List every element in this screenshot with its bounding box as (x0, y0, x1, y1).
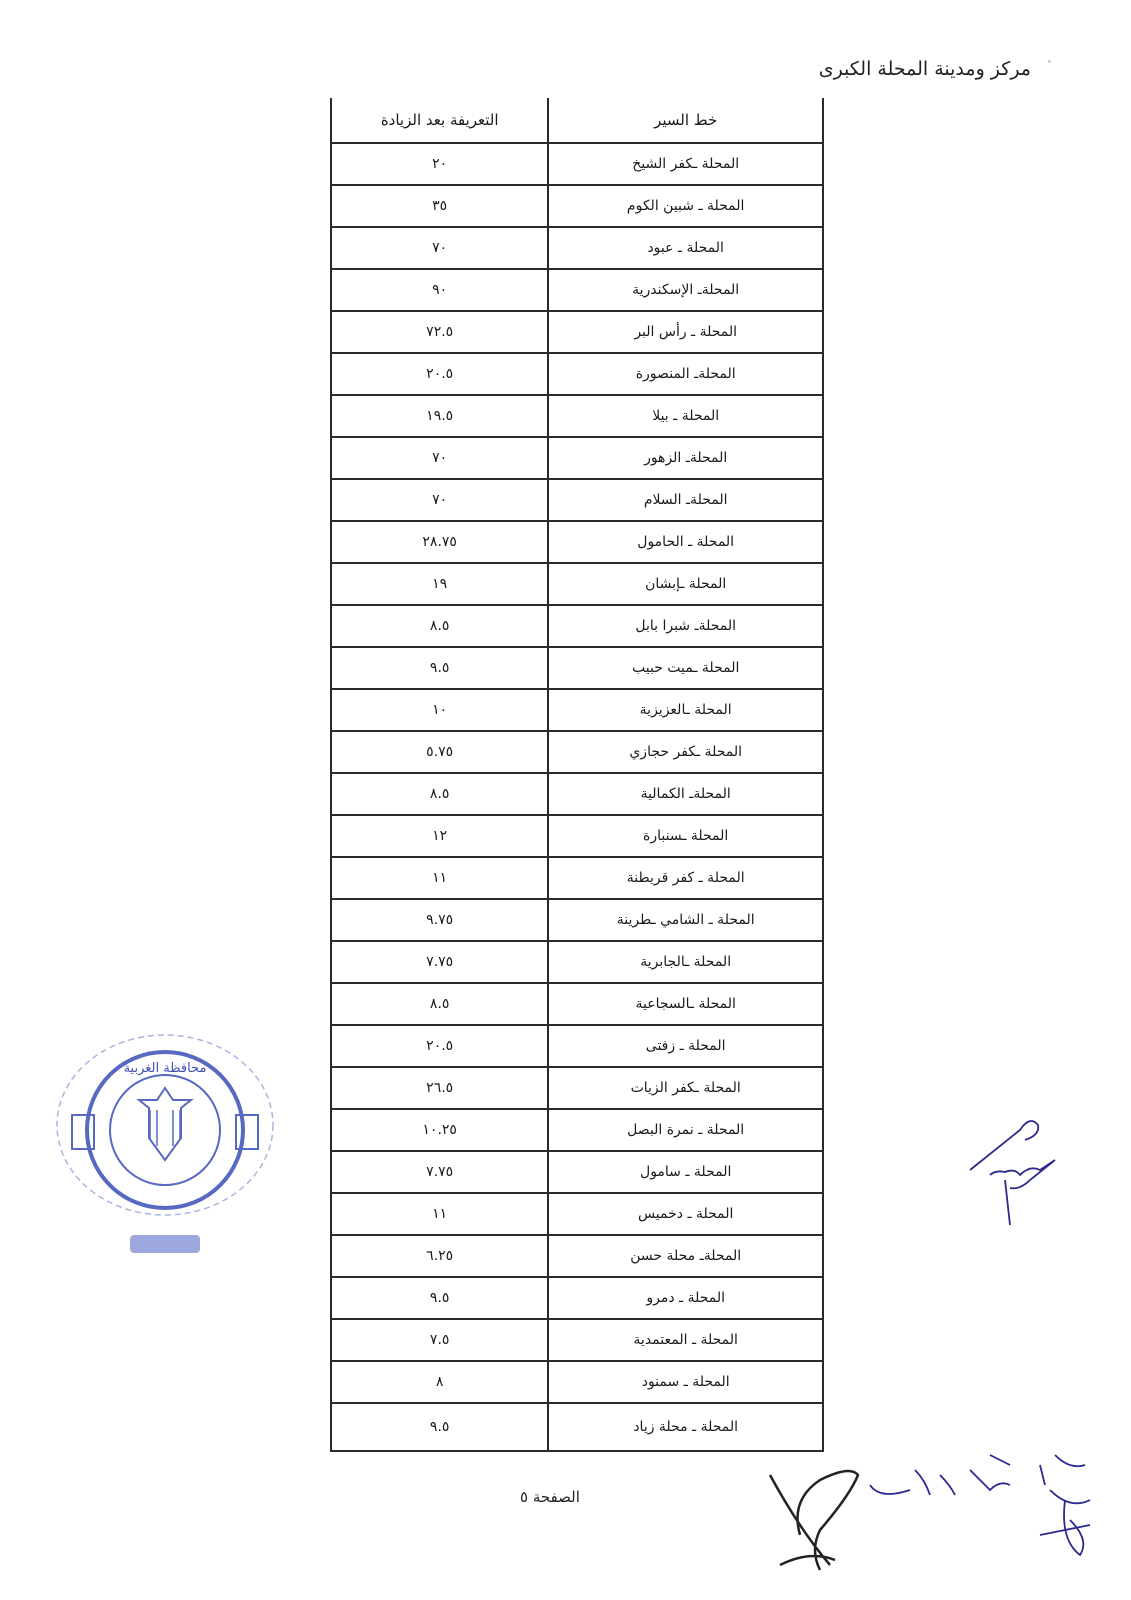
route-cell: المحلة ـسنبارة (548, 815, 823, 857)
table-row: المحلة ـالعزيزية١٠ (331, 689, 823, 731)
table-row: المحلةـ الكمالية٨.٥ (331, 773, 823, 815)
column-header-route: خط السير (548, 98, 823, 143)
fare-cell: ٢٠.٥ (331, 353, 548, 395)
fare-cell: ٨ (331, 1361, 548, 1403)
table-row: المحلة ـ الشامي ـطرينة٩.٧٥ (331, 899, 823, 941)
fare-cell: ٢٨.٧٥ (331, 521, 548, 563)
fare-cell: ٨.٥ (331, 983, 548, 1025)
route-cell: المحلة ـ المعتمدية (548, 1319, 823, 1361)
table-row: المحلة ـ الحامول٢٨.٧٥ (331, 521, 823, 563)
fare-cell: ٧٠ (331, 227, 548, 269)
fare-cell: ٥.٧٥ (331, 731, 548, 773)
table-row: المحلة ـالجابرية٧.٧٥ (331, 941, 823, 983)
route-cell: المحلةـ المنصورة (548, 353, 823, 395)
table-row: المحلة ـ نمرة البصل١٠.٢٥ (331, 1109, 823, 1151)
bottom-signatures-icon (740, 1440, 1130, 1600)
table-row: المحلةـ محلة حسن٦.٢٥ (331, 1235, 823, 1277)
table-row: المحلةـ السلام٧٠ (331, 479, 823, 521)
route-cell: المحلة ـ شبين الكوم (548, 185, 823, 227)
table-row: المحلة ـ سمنود٨ (331, 1361, 823, 1403)
route-cell: المحلة ـ دخميس (548, 1193, 823, 1235)
fare-cell: ٧٢.٥ (331, 311, 548, 353)
table-row: المحلةـ المنصورة٢٠.٥ (331, 353, 823, 395)
table-row: المحلة ـكفر الشيخ٢٠ (331, 143, 823, 185)
column-header-fare: التعريفة بعد الزيادة (331, 98, 548, 143)
document-header-title: مركز ومدينة المحلة الكبرى (819, 58, 1031, 80)
svg-text:محافظة الغربية: محافظة الغربية (124, 1061, 207, 1076)
route-cell: المحلة ـ سمنود (548, 1361, 823, 1403)
fare-cell: ١٠ (331, 689, 548, 731)
table-body: المحلة ـكفر الشيخ٢٠المحلة ـ شبين الكوم٣٥… (331, 143, 823, 1451)
fare-cell: ٢٠ (331, 143, 548, 185)
table-row: المحلةـ الإسكندرية٩٠ (331, 269, 823, 311)
route-cell: المحلة ـ عبود (548, 227, 823, 269)
fare-cell: ٧.٧٥ (331, 1151, 548, 1193)
route-cell: المحلةـ شبرا بابل (548, 605, 823, 647)
table-row: المحلةـ شبرا بابل٨.٥ (331, 605, 823, 647)
route-cell: المحلة ـ نمرة البصل (548, 1109, 823, 1151)
table-header-row: خط السير التعريفة بعد الزيادة (331, 98, 823, 143)
fare-cell: ١٢ (331, 815, 548, 857)
route-cell: المحلة ـالجابرية (548, 941, 823, 983)
route-cell: المحلة ـ كفر قريطنة (548, 857, 823, 899)
fare-cell: ١١ (331, 1193, 548, 1235)
table-row: المحلة ـ عبود٧٠ (331, 227, 823, 269)
route-cell: المحلةـ محلة حسن (548, 1235, 823, 1277)
route-cell: المحلةـ الزهور (548, 437, 823, 479)
fare-cell: ٢٦.٥ (331, 1067, 548, 1109)
route-cell: المحلةـ الكمالية (548, 773, 823, 815)
route-cell: المحلة ـكفر الشيخ (548, 143, 823, 185)
fare-cell: ١١ (331, 857, 548, 899)
fare-cell: ٢٠.٥ (331, 1025, 548, 1067)
fare-cell: ٩.٧٥ (331, 899, 548, 941)
route-cell: المحلة ـ الشامي ـطرينة (548, 899, 823, 941)
fare-cell: ١٩.٥ (331, 395, 548, 437)
fare-cell: ٩.٥ (331, 1403, 548, 1451)
table-row: المحلة ـسنبارة١٢ (331, 815, 823, 857)
table-row: المحلة ـ سامول٧.٧٥ (331, 1151, 823, 1193)
route-cell: المحلة ـ سامول (548, 1151, 823, 1193)
fare-cell: ٩.٥ (331, 647, 548, 689)
fare-cell: ٧٠ (331, 437, 548, 479)
route-cell: المحلة ـ الحامول (548, 521, 823, 563)
table-row: المحلة ـكفر الزيات٢٦.٥ (331, 1067, 823, 1109)
fare-cell: ٩.٥ (331, 1277, 548, 1319)
table-row: المحلة ـ كفر قريطنة١١ (331, 857, 823, 899)
route-cell: المحلة ـكفر حجازي (548, 731, 823, 773)
table-row: المحلة ـ شبين الكوم٣٥ (331, 185, 823, 227)
route-cell: المحلة ـإبشان (548, 563, 823, 605)
fare-cell: ٧.٥ (331, 1319, 548, 1361)
table-row: المحلة ـالسجاعية٨.٥ (331, 983, 823, 1025)
table-row: المحلة ـ رأس البر٧٢.٥ (331, 311, 823, 353)
fare-cell: ٨.٥ (331, 773, 548, 815)
scan-speck (1048, 60, 1051, 63)
fare-cell: ٦.٢٥ (331, 1235, 548, 1277)
route-cell: المحلة ـ رأس البر (548, 311, 823, 353)
route-cell: المحلة ـالعزيزية (548, 689, 823, 731)
table-row: المحلة ـ بيلا١٩.٥ (331, 395, 823, 437)
table-row: المحلةـ الزهور٧٠ (331, 437, 823, 479)
fare-cell: ٣٥ (331, 185, 548, 227)
route-cell: المحلة ـالسجاعية (548, 983, 823, 1025)
route-cell: المحلة ـ زفتى (548, 1025, 823, 1067)
fare-cell: ٧.٧٥ (331, 941, 548, 983)
route-cell: المحلة ـكفر الزيات (548, 1067, 823, 1109)
fare-cell: ٧٠ (331, 479, 548, 521)
fare-cell: ٨.٥ (331, 605, 548, 647)
table-row: المحلة ـإبشان١٩ (331, 563, 823, 605)
table-row: المحلة ـميت حبيب٩.٥ (331, 647, 823, 689)
fare-cell: ٩٠ (331, 269, 548, 311)
page-number: الصفحة ٥ (520, 1488, 580, 1506)
table-row: المحلة ـ دمرو٩.٥ (331, 1277, 823, 1319)
fare-cell: ١٠.٢٥ (331, 1109, 548, 1151)
route-cell: المحلة ـ دمرو (548, 1277, 823, 1319)
tariff-table: خط السير التعريفة بعد الزيادة المحلة ـكف… (330, 98, 824, 1452)
fare-cell: ١٩ (331, 563, 548, 605)
route-cell: المحلةـ الإسكندرية (548, 269, 823, 311)
route-cell: المحلة ـميت حبيب (548, 647, 823, 689)
table-row: المحلة ـ المعتمدية٧.٥ (331, 1319, 823, 1361)
margin-signature-icon (960, 1100, 1070, 1230)
route-cell: المحلة ـ بيلا (548, 395, 823, 437)
official-stamp-icon: محافظة الغربية (50, 1030, 280, 1280)
table-row: المحلة ـ زفتى٢٠.٥ (331, 1025, 823, 1067)
route-cell: المحلةـ السلام (548, 479, 823, 521)
table-row: المحلة ـ دخميس١١ (331, 1193, 823, 1235)
table-row: المحلة ـكفر حجازي٥.٧٥ (331, 731, 823, 773)
